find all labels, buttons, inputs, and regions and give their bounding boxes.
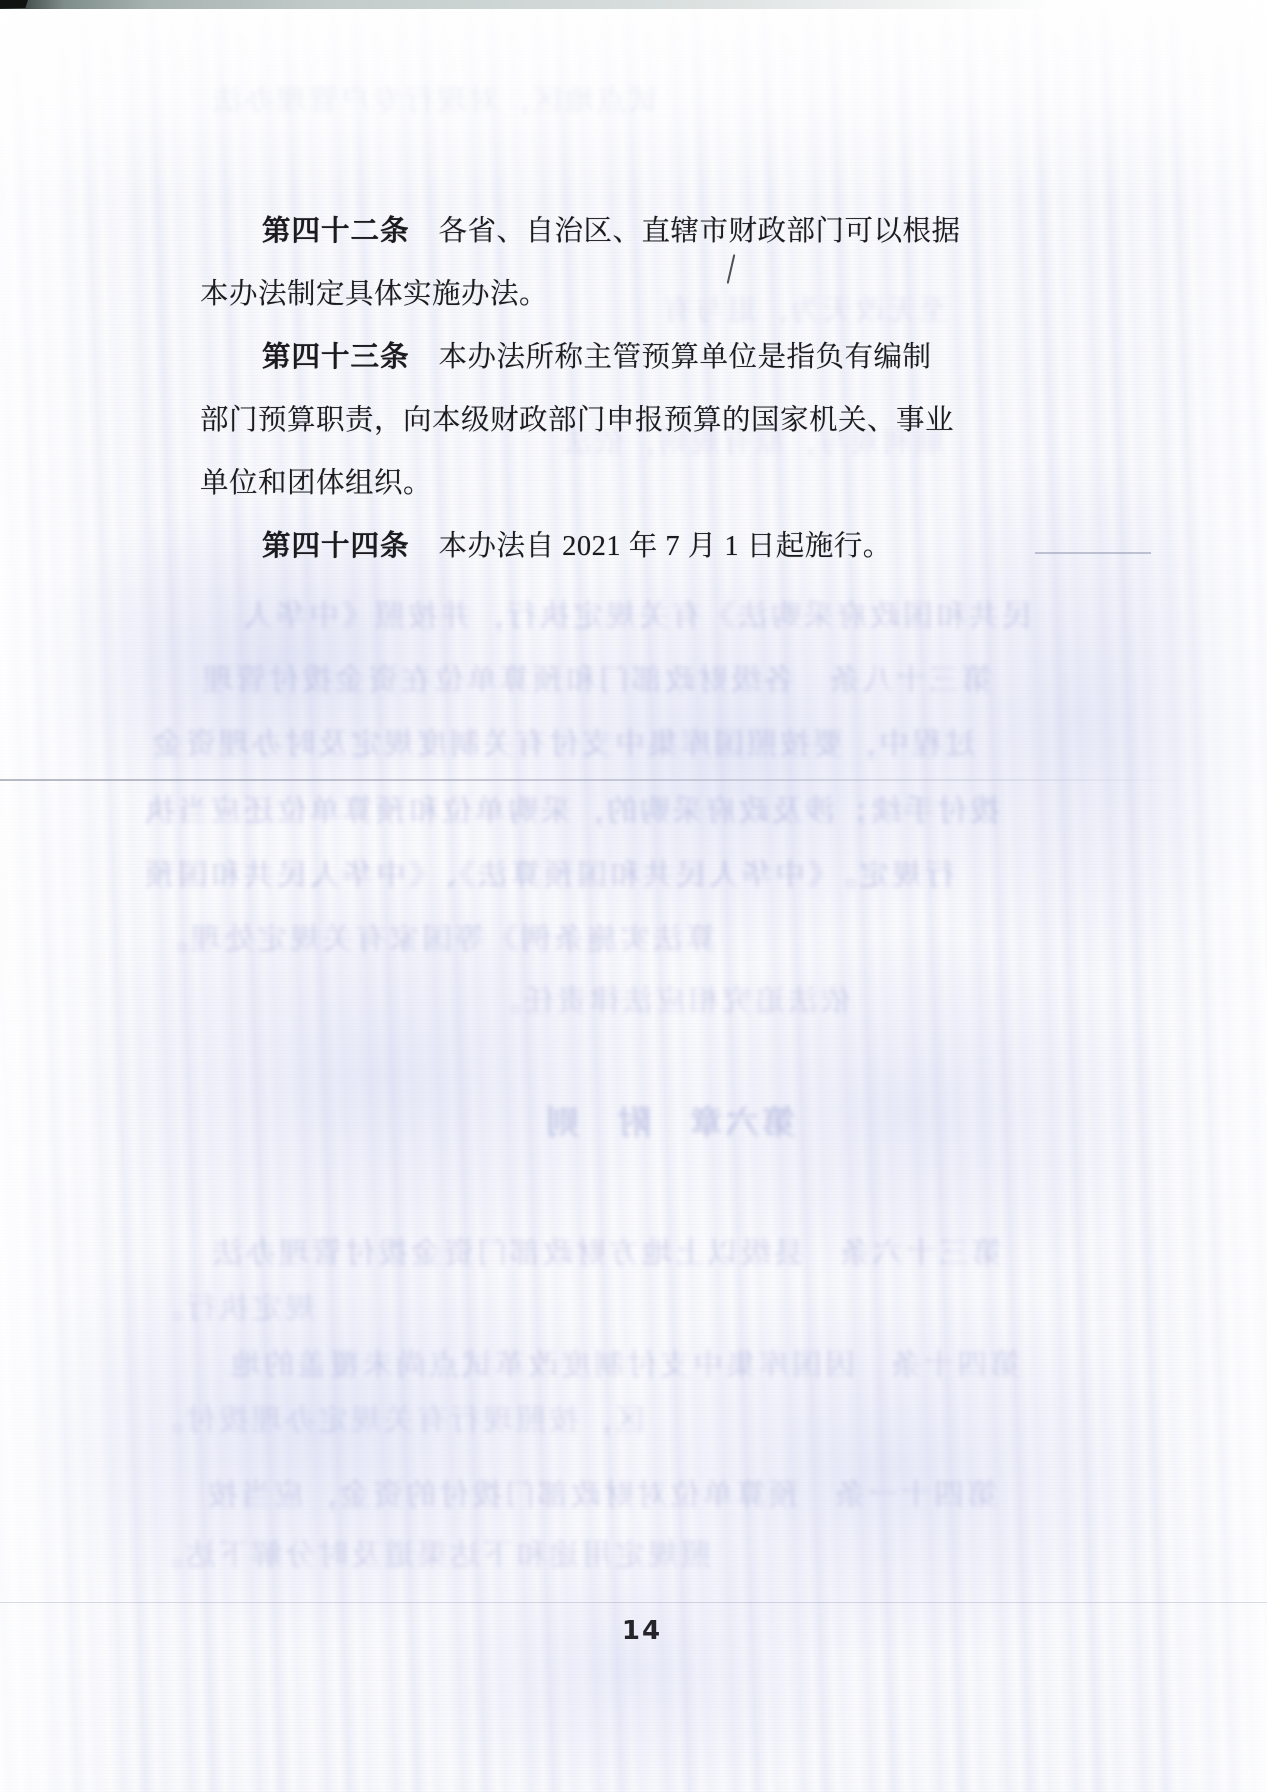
text-line: 第四十三条 本办法所称主管预算单位是指负有编制 xyxy=(262,338,932,378)
paper-scan-texture xyxy=(0,0,1267,1792)
article-text: 本办法所称主管预算单位是指负有编制 xyxy=(410,342,932,373)
bleedthrough-ghost-line: 过程中，要按照国库集中支付有关制度规定及时办理资金 xyxy=(150,719,975,763)
page-number: 14 xyxy=(612,1616,672,1646)
article-number: 第四十三条 xyxy=(262,342,410,373)
bleedthrough-ghost-line: 试点地区，对现行专户管理办法 xyxy=(210,78,658,119)
text-line: 部门预算职责，向本级财政部门申报预算的国家机关、事业 xyxy=(200,401,954,441)
bleedthrough-ghost-line: 区，按照现行有关规定办理拨付。 xyxy=(150,1395,645,1439)
bleedthrough-ghost-line: 第三十六条 县级以上地方财政部门资金拨付管理办法 xyxy=(210,1228,1002,1272)
article-number: 第四十二条 xyxy=(262,216,410,247)
scanner-top-edge-shadow xyxy=(0,0,1267,9)
bleedthrough-ghost-line: 规定执行。 xyxy=(150,1283,315,1327)
article-number: 第四十四条 xyxy=(262,531,410,562)
article-text: 单位和团体组织。 xyxy=(200,468,432,499)
text-line: 本办法制定具体实施办法。 xyxy=(200,275,548,315)
right-margin-stray-line xyxy=(1035,552,1151,554)
top-left-corner-mark xyxy=(0,0,28,8)
article-text: 各省、自治区、直辖市财政部门可以根据 xyxy=(410,216,961,247)
text-line: 第四十四条 本办法自 2021 年 7 月 1 日起施行。 xyxy=(262,527,892,567)
bleedthrough-ghost-line: 照规定用途和下达渠道及时分解下达。 xyxy=(150,1530,711,1574)
bleedthrough-ghost-line: 第三十八条 各级财政部门和预算单位在资金拨付管理 xyxy=(200,655,992,699)
article-text: 本办法自 2021 年 7 月 1 日起施行。 xyxy=(410,531,892,562)
article-text: 本办法制定具体实施办法。 xyxy=(200,279,548,310)
bleedthrough-ghost-line: 第六章 附 则 xyxy=(543,1097,795,1144)
bleedthrough-ghost-line: 行规定。《中华人民共和国预算法》、《中华人民共和国预 xyxy=(142,850,955,894)
bottom-scan-line xyxy=(0,1602,1267,1603)
bleedthrough-ghost-line: 至无改天为，退与有 xyxy=(660,288,948,329)
bleedthrough-ghost-line: 第四十条 因国库集中支付制度改革试点尚未覆盖的地 xyxy=(228,1340,1020,1384)
text-line: 第四十二条 各省、自治区、直辖市财政部门可以根据 xyxy=(262,212,961,252)
stray-pen-tick xyxy=(727,254,736,284)
bleedthrough-ghost-line: 第四十一条 预算单位对财政部门拨付的资金，应当按 xyxy=(205,1470,997,1514)
bleedthrough-ghost-line: 算法实施条例》等国家有关规定处理。 xyxy=(155,914,716,958)
bleedthrough-ghost-line: 民共和国政府采购法》有关规定执行，并按照《中华人 xyxy=(240,591,1032,635)
bleedthrough-ghost-line: 拨付手续；涉及政府采购的，采购单位和预算单位还应当执 xyxy=(142,786,1000,830)
article-text: 部门预算职责，向本级财政部门申报预算的国家机关、事业 xyxy=(200,405,954,436)
paper-fold-line xyxy=(0,779,1195,781)
bleedthrough-ghost-line: 依法追究相应法律责任。 xyxy=(488,976,851,1020)
scanned-document-page: 试点地区，对现行专户管理办法至无改天为，退与有顺利观与，原有规则，依法民共和国政… xyxy=(0,0,1267,1792)
text-line: 单位和团体组织。 xyxy=(200,464,432,504)
